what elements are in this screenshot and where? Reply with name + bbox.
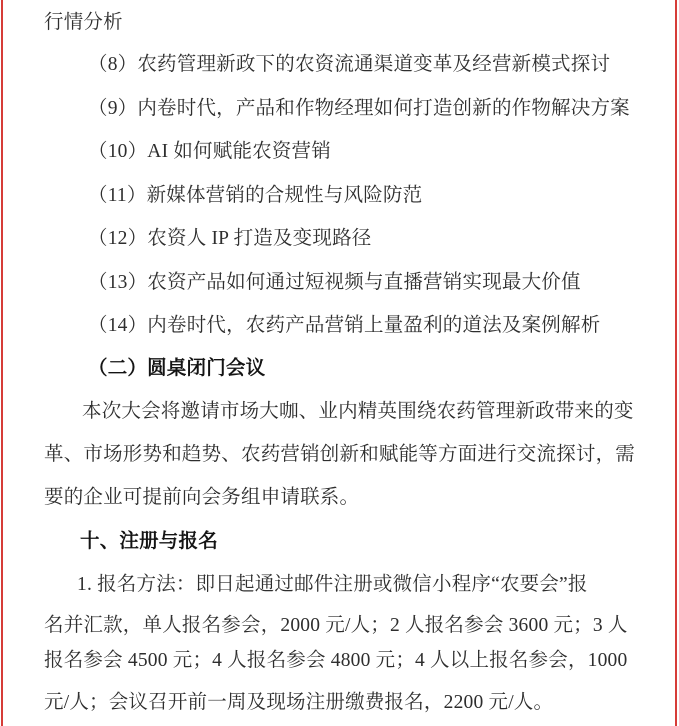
roundtable-paragraph-line-2: 革、市场形势和趋势、农药营销创新和赋能等方面进行交流探讨，需 <box>44 444 635 466</box>
registration-paragraph-line-4: 元/人；会议召开前一周及现场注册缴费报名，2200 元/人。 <box>44 692 553 714</box>
page-border-left <box>1 0 3 726</box>
registration-paragraph-line-3: 报名参会 4500 元；4 人报名参会 4800 元；4 人以上报名参会，100… <box>44 650 627 672</box>
agenda-item-11: （11）新媒体营销的合规性与风险防范 <box>88 185 422 207</box>
roundtable-paragraph-line-3: 要的企业可提前向会务组申请联系。 <box>44 487 359 509</box>
agenda-item-9: （9）内卷时代，产品和作物经理如何打造创新的作物解决方案 <box>88 98 630 120</box>
section-heading-roundtable: （二）圆桌闭门会议 <box>88 358 265 380</box>
section-heading-registration: 十、注册与报名 <box>80 531 218 553</box>
agenda-item-12: （12）农资人 IP 打造及变现路径 <box>88 228 371 250</box>
roundtable-paragraph-line-1: 本次大会将邀请市场大咖、业内精英围绕农药管理新政带来的变 <box>82 401 634 423</box>
document-page: 行情分析 （8）农药管理新政下的农资流通渠道变革及经营新模式探讨 （9）内卷时代… <box>0 0 679 726</box>
agenda-item-14: （14）内卷时代，农药产品营销上量盈利的道法及案例解析 <box>88 315 600 337</box>
agenda-item-8: （8）农药管理新政下的农资流通渠道变革及经营新模式探讨 <box>88 54 610 76</box>
registration-paragraph-line-2: 名并汇款，单人报名参会，2000 元/人；2 人报名参会 3600 元；3 人 <box>44 615 628 637</box>
agenda-item-10: （10）AI 如何赋能农资营销 <box>88 141 331 163</box>
paragraph-tail-line: 行情分析 <box>44 12 123 34</box>
agenda-item-13: （13）农资产品如何通过短视频与直播营销实现最大价值 <box>88 272 581 294</box>
registration-paragraph-line-1: 1. 报名方法：即日起通过邮件注册或微信小程序“农要会”报 <box>77 574 588 596</box>
page-border-right <box>675 0 677 726</box>
